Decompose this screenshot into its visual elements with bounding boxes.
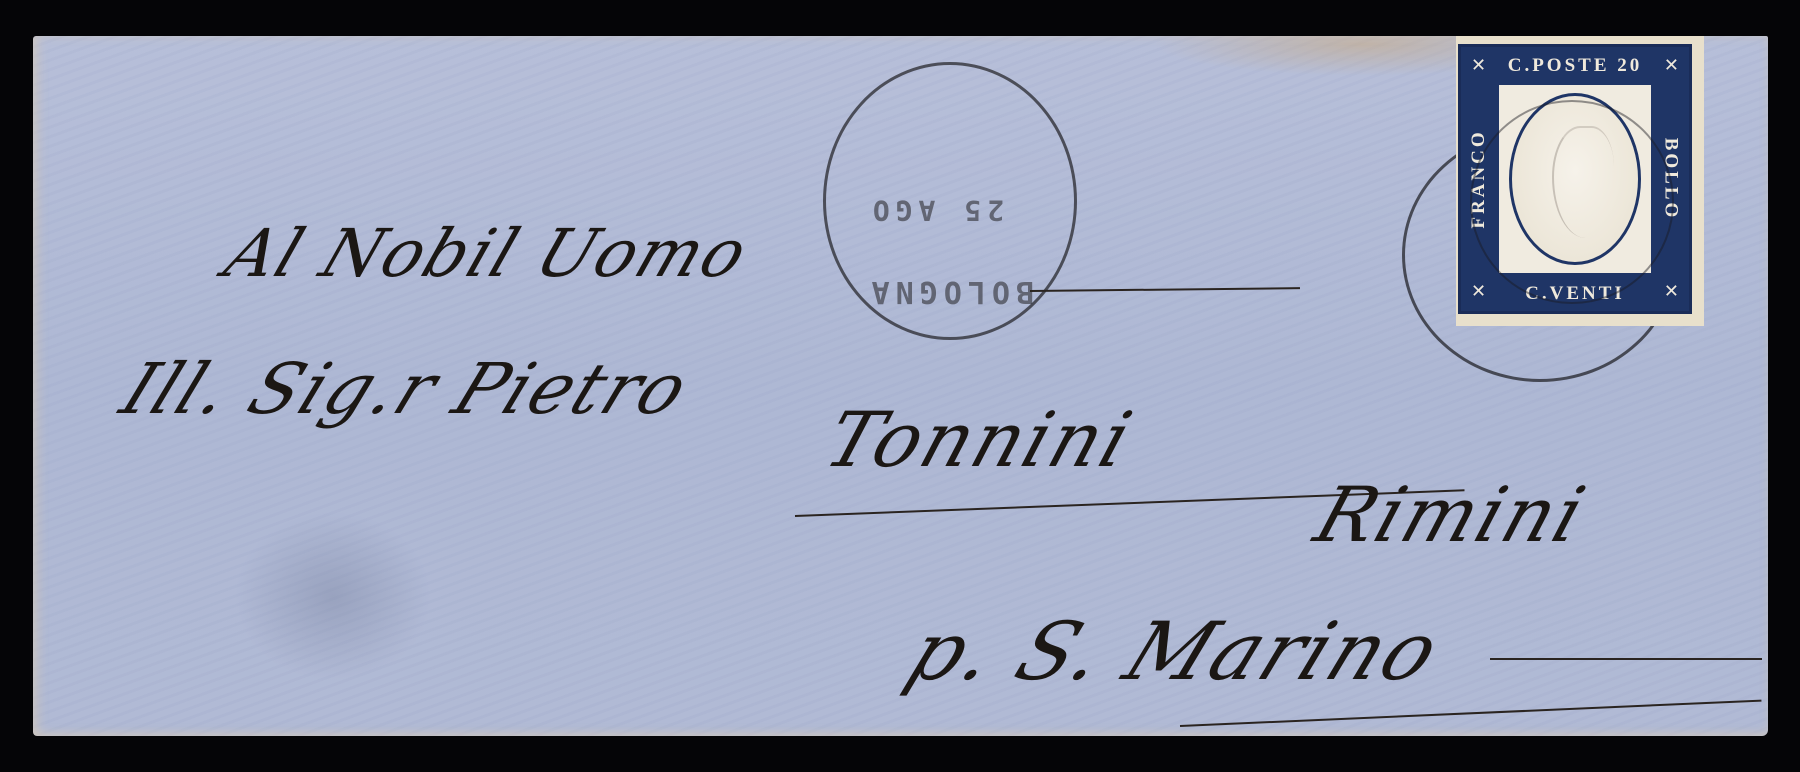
address-line-1-flourish (1030, 287, 1300, 292)
stamp-cancellation (1470, 100, 1674, 304)
address-line-1: Al Nobil Uomo (215, 215, 759, 292)
address-line-5-underline-top (1490, 658, 1762, 660)
address-line-5: p. S. Marino (895, 605, 1455, 698)
address-line-5-underline-bottom (1180, 700, 1762, 727)
address-line-2: Ill. Sig.r Pietro (110, 348, 702, 430)
stamp-top-text: C.POSTE 20 (1461, 55, 1689, 77)
address-line-3: Tonnini (815, 395, 1144, 484)
address-line-4: Rimini (1305, 470, 1597, 559)
